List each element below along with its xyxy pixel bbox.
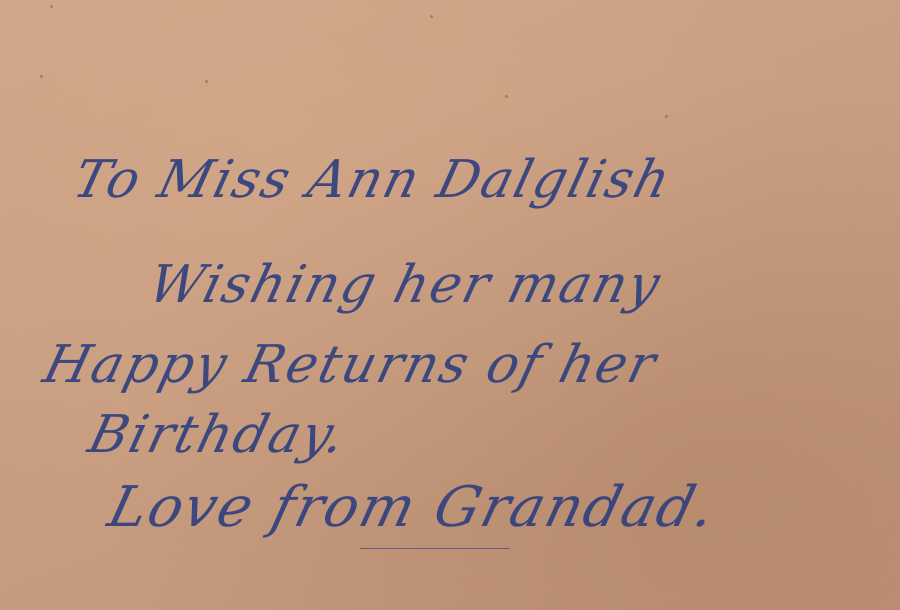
paper-speck [665, 115, 668, 118]
wish-line-3: Birthday. [83, 405, 353, 465]
wish-line-1: Wishing her many [143, 255, 668, 315]
paper-speck [40, 75, 43, 78]
signature-underline [360, 548, 510, 549]
note-paper: To Miss Ann Dalglish Wishing her many Ha… [0, 0, 900, 610]
paper-speck [205, 80, 208, 83]
paper-speck [50, 5, 53, 8]
signature-line: Love from Grandad. [102, 475, 724, 540]
wish-line-2: Happy Returns of her [38, 335, 664, 395]
paper-speck [430, 15, 433, 18]
greeting-line: To Miss Ann Dalglish [68, 150, 678, 210]
paper-speck [505, 95, 508, 98]
